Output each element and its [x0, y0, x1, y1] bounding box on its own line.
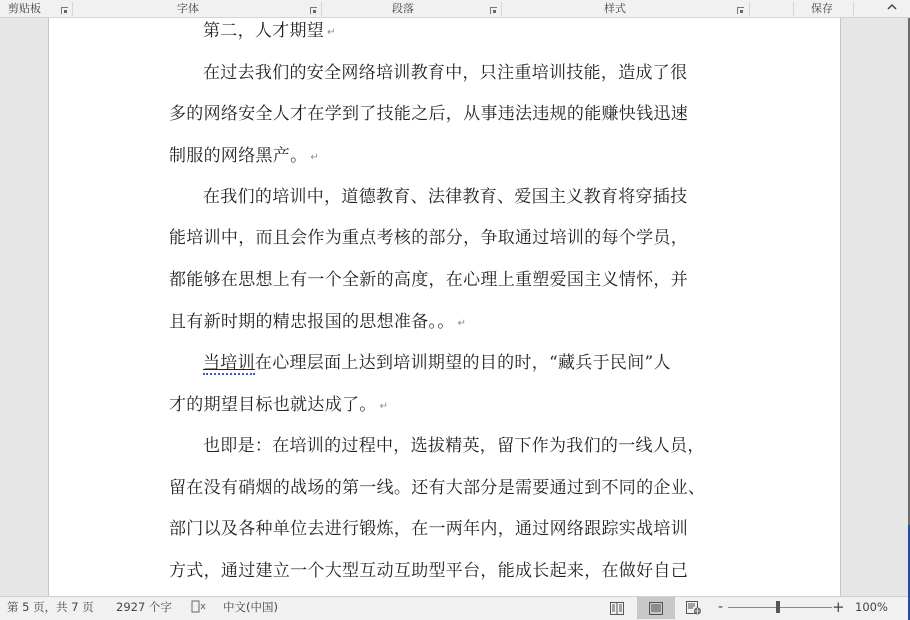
zoom-in-button[interactable]: + [832, 597, 845, 617]
save-group-label: 保存 [811, 0, 833, 17]
clipboard-launcher-icon[interactable] [61, 7, 68, 14]
doc-line: 且有新时期的精忠报国的思想准备。。↵ [169, 311, 466, 333]
ribbon-group-paragraph: 段落 [322, 0, 502, 17]
font-group-label: 字体 [177, 0, 199, 17]
doc-line: 方式，通过建立一个大型互动互助型平台，能成长起来，在做好自己 [169, 560, 688, 582]
styles-launcher-icon[interactable] [737, 7, 744, 14]
proofing-icon[interactable] [191, 600, 207, 620]
read-mode-button[interactable] [598, 597, 636, 619]
styles-group-label: 样式 [604, 0, 626, 17]
clipboard-group-label: 剪贴板 [8, 0, 41, 17]
print-layout-button[interactable] [637, 597, 675, 619]
doc-line: 才的期望目标也就达成了。↵ [169, 394, 388, 416]
word-count[interactable]: 2927 个字 [116, 597, 172, 619]
web-page-icon [686, 601, 702, 615]
zoom-track[interactable] [728, 607, 832, 608]
zoom-thumb[interactable] [776, 601, 780, 613]
paragraph-mark-icon: ↵ [458, 318, 467, 329]
doc-line: 部门以及各种单位去进行锻炼，在一两年内，通过网络跟踪实战培训 [169, 518, 688, 540]
zoom-out-button[interactable]: - [718, 598, 723, 616]
paragraph-launcher-icon[interactable] [490, 7, 497, 14]
ribbon-group-blank [750, 0, 794, 17]
zoom-level[interactable]: 100% [855, 597, 888, 619]
ribbon-group-clipboard: 剪贴板 [0, 0, 73, 17]
doc-line: 都能够在思想上有一个全新的高度，在心理上重塑爱国主义情怀，并 [169, 269, 688, 291]
book-icon [610, 602, 624, 615]
doc-line: 在我们的培训中，道德教育、法律教育、爱国主义教育将穿插技 [169, 186, 687, 208]
doc-line: 在过去我们的安全网络培训教育中，只注重培训技能，造成了很 [169, 62, 687, 84]
font-launcher-icon[interactable] [310, 7, 317, 14]
doc-line: 制服的网络黑产。↵ [169, 145, 319, 167]
spelling-error-underline[interactable]: 当培训 [203, 353, 255, 375]
ribbon-group-font: 字体 [73, 0, 322, 17]
paragraph-group-label: 段落 [392, 0, 414, 17]
collapse-ribbon-button[interactable] [886, 3, 898, 15]
zoom-slider[interactable]: - + [716, 597, 842, 619]
ribbon-group-labels: 剪贴板 字体 段落 样式 保存 [0, 0, 910, 18]
doc-line: 当培训在心理层面上达到培训期望的目的时，“藏兵于民间”人 [169, 352, 671, 374]
status-bar: 第 5 页，共 7 页 2927 个字 中文(中国) - + 100% [0, 596, 908, 620]
paragraph-mark-icon: ↵ [327, 27, 336, 38]
ribbon-group-save: 保存 [794, 0, 854, 17]
ribbon-group-styles: 样式 [502, 0, 750, 17]
page-lines-icon [649, 602, 663, 615]
doc-line-heading: 第二，人才期望↵ [169, 20, 336, 42]
doc-line: 能培训中，而且会作为重点考核的部分，争取通过培训的每个学员， [169, 227, 688, 249]
language-indicator[interactable]: 中文(中国) [223, 597, 278, 619]
chevron-up-icon [887, 3, 897, 11]
paragraph-mark-icon: ↵ [380, 401, 389, 412]
document-page[interactable]: 第二，人才期望↵ 在过去我们的安全网络培训教育中，只注重培训技能，造成了很 多的… [48, 18, 841, 596]
doc-line: 多的网络安全人才在学到了技能之后，从事违法违规的能赚快钱迅速 [169, 103, 688, 125]
web-layout-button[interactable] [675, 597, 713, 619]
document-area[interactable]: 第二，人才期望↵ 在过去我们的安全网络培训教育中，只注重培训技能，造成了很 多的… [0, 18, 908, 596]
doc-line: 留在没有硝烟的战场的第一线。还有大部分是需要通过到不同的企业、 [169, 477, 705, 499]
doc-line: 也即是：在培训的过程中，选拔精英，留下作为我们的一线人员， [169, 435, 705, 457]
page-count[interactable]: 第 5 页，共 7 页 [7, 597, 94, 619]
paragraph-mark-icon: ↵ [310, 152, 319, 163]
